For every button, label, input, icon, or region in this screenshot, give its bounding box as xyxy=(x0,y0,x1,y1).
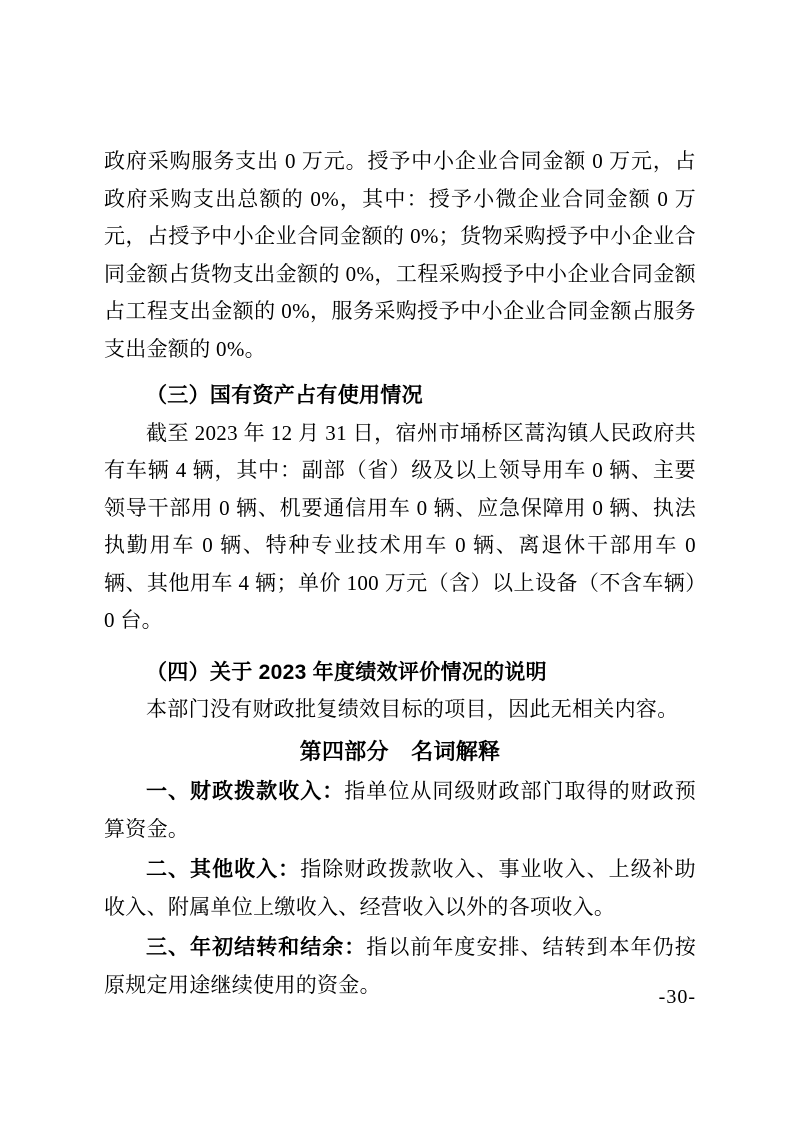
term-label: 二、其他收入： xyxy=(146,858,300,881)
heading-state-assets: （三）国有资产占有使用情况 xyxy=(104,377,696,415)
page-body: 政府采购服务支出 0 万元。授予中小企业合同金额 0 万元，占政府采购支出总额的… xyxy=(104,143,696,1004)
heading-part-four-glossary: 第四部分 名词解释 xyxy=(104,733,696,771)
page-number: -30- xyxy=(104,984,696,1010)
term-label: 一、财政拨款收入： xyxy=(146,780,344,803)
paragraph-state-assets: 截至 2023 年 12 月 31 日，宿州市埇桥区蒿沟镇人民政府共有车辆 4 … xyxy=(104,415,696,640)
term-label: 三、年初结转和结余： xyxy=(146,936,366,959)
document-page: 政府采购服务支出 0 万元。授予中小企业合同金额 0 万元，占政府采购支出总额的… xyxy=(0,0,793,1122)
term-item-other-income: 二、其他收入：指除财政拨款收入、事业收入、上级补助收入、附属单位上缴收入、经营收… xyxy=(104,851,696,926)
paragraph-government-procurement-continued: 政府采购服务支出 0 万元。授予中小企业合同金额 0 万元，占政府采购支出总额的… xyxy=(104,143,696,368)
paragraph-performance-evaluation: 本部门没有财政批复绩效目标的项目，因此无相关内容。 xyxy=(104,691,696,729)
heading-performance-evaluation: （四）关于 2023 年度绩效评价情况的说明 xyxy=(104,654,696,692)
term-item-fiscal-appropriation-income: 一、财政拨款收入：指单位从同级财政部门取得的财政预算资金。 xyxy=(104,773,696,848)
